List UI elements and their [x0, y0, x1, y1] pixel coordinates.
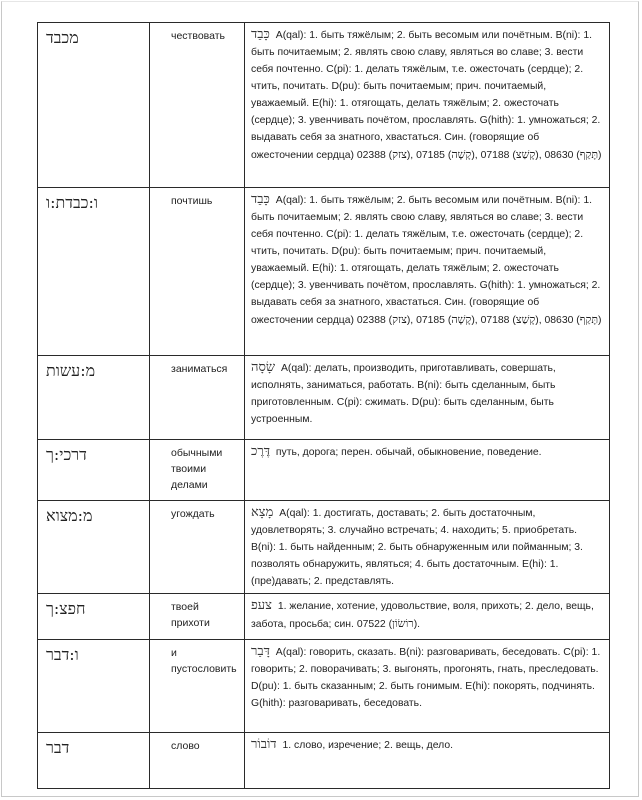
synonym-separator: ), [471, 315, 480, 326]
definition-cell: כָּבֵד A(qal): 1. быть тяжёлым; 2. быть … [245, 23, 610, 188]
definition-text: A(qal): 1. быть тяжёлым; 2. быть весомым… [251, 195, 600, 326]
definition: שָׂסָה A(qal): делать, производить, приг… [245, 356, 609, 431]
hebrew-word: ו:דבר [46, 646, 79, 664]
synonym-separator: ), [407, 150, 416, 161]
synonym-number: 07188 ( [481, 315, 516, 326]
synonym-hebrew: קָשָׁה [451, 313, 471, 326]
definition: דָּבַר A(qal): говорить, сказать. B(ni):… [245, 640, 609, 715]
hebrew-word-cell: ו:כבדת:ו [38, 188, 150, 356]
synonym-number: 07185 ( [416, 315, 451, 326]
definition-cell: דֶּרֶכ путь, дорога; перен. обычай, обык… [245, 440, 610, 501]
definition-cell: שָׂסָה A(qal): делать, производить, приг… [245, 356, 610, 440]
translation-cell: угождать [150, 501, 245, 594]
translation: и пустословить [150, 640, 244, 677]
definition: דֶּרֶכ путь, дорога; перен. обычай, обык… [245, 440, 609, 464]
translation: почтишь [150, 188, 244, 209]
synonym-number: 07522 ( [357, 619, 392, 630]
synonym-hebrew: קָשַׁצ [516, 313, 535, 326]
translation: слово [150, 733, 244, 754]
translation: заниматься [150, 356, 244, 377]
translation-cell: чествовать [150, 23, 245, 188]
lemma: שָׂסָה [251, 360, 275, 375]
definition-text: A(qal): 1. достигать, доставать; 2. быть… [251, 508, 583, 587]
lemma: צעפ [251, 598, 272, 613]
hebrew-word: דבר [46, 739, 69, 757]
lemma: דוֹבוֹר [251, 737, 277, 752]
synonym-hebrew: צזק [392, 148, 407, 161]
definition: מָצָא A(qal): 1. достигать, доставать; 2… [245, 501, 609, 593]
hebrew-word-cell: חפצ:ך [38, 594, 150, 640]
hebrew-word-cell: דרכי:ך [38, 440, 150, 501]
table-row: מ:מצוא угождать מָצָא A(qal): 1. достига… [38, 501, 610, 594]
definition: כָּבֵד A(qal): 1. быть тяжёлым; 2. быть … [245, 188, 609, 332]
definition-cell: מָצָא A(qal): 1. достигать, доставать; 2… [245, 501, 610, 594]
table-row: ו:כבדת:ו почтишь כָּבֵד A(qal): 1. быть … [38, 188, 610, 356]
definition-cell: דוֹבוֹר 1. слово, изречение; 2. вещь, де… [245, 733, 610, 789]
translation-cell: твоей прихоти [150, 594, 245, 640]
definition: צעפ 1. желание, хотение, удовольствие, в… [245, 594, 609, 636]
table-row: מ:עשות заниматься שָׂסָה A(qal): делать,… [38, 356, 610, 440]
translation-cell: слово [150, 733, 245, 789]
synonym-hebrew: קָשָׁה [451, 148, 471, 161]
hebrew-word-cell: ו:דבר [38, 640, 150, 733]
synonym-number: 07188 ( [481, 150, 516, 161]
synonym-separator: ) [598, 315, 601, 326]
synonym-separator: ), [535, 150, 544, 161]
hebrew-word: מ:עשות [46, 362, 95, 380]
definition-text: A(qal): 1. быть тяжёлым; 2. быть весомым… [251, 30, 600, 161]
translation: твоей прихоти [150, 594, 244, 631]
definition-text: 1. слово, изречение; 2. вещь, дело. [280, 740, 453, 751]
table-row: מכבד чествовать כָּבֵד A(qal): 1. быть т… [38, 23, 610, 188]
synonym-number: 02388 ( [357, 315, 392, 326]
synonym-number: 08630 ( [545, 150, 580, 161]
definition-text: 1. желание, хотение, удовольствие, воля,… [251, 601, 594, 630]
definition-cell: כָּבֵד A(qal): 1. быть тяжёлым; 2. быть … [245, 188, 610, 356]
definition-text: путь, дорога; перен. обычай, обыкновение… [273, 447, 542, 458]
translation: обычными твоими делами [150, 440, 244, 493]
translation: угождать [150, 501, 244, 522]
translation-cell: почтишь [150, 188, 245, 356]
translation-cell: заниматься [150, 356, 245, 440]
synonym-separator: ), [471, 150, 480, 161]
synonym-hebrew: רוֹשׂוֹן [392, 617, 414, 630]
table-row: דבר слово דוֹבוֹר 1. слово, изречение; 2… [38, 733, 610, 789]
definition-text: A(qal): говорить, сказать. B(ni): разгов… [251, 647, 600, 709]
lemma: כָּבֵד [251, 27, 270, 42]
synonyms: 02388 (צזק), 07185 (קָשָׁה), 07188 (קָשַ… [357, 315, 602, 326]
synonyms: 02388 (צזק), 07185 (קָשָׁה), 07188 (קָשַ… [357, 150, 602, 161]
hebrew-word-cell: מ:מצוא [38, 501, 150, 594]
table-row: דרכי:ך обычными твоими делами דֶּרֶכ пут… [38, 440, 610, 501]
synonym-hebrew: קָשַׁצ [516, 148, 535, 161]
synonym-number: 08630 ( [545, 315, 580, 326]
lemma: דֶּרֶכ [251, 444, 270, 459]
table-row: חפצ:ך твоей прихоти צעפ 1. желание, хоте… [38, 594, 610, 640]
synonym-hebrew: צזק [392, 313, 407, 326]
synonym-number: 07185 ( [416, 150, 451, 161]
synonym-separator: ), [407, 315, 416, 326]
translation-cell: обычными твоими делами [150, 440, 245, 501]
hebrew-word: חפצ:ך [46, 600, 85, 618]
definition-cell: דָּבַר A(qal): говорить, сказать. B(ni):… [245, 640, 610, 733]
lemma: דָּבַר [251, 644, 270, 659]
hebrew-word-cell: מ:עשות [38, 356, 150, 440]
hebrew-word: מכבד [46, 29, 79, 47]
table-row: ו:דבר и пустословить דָּבַר A(qal): гово… [38, 640, 610, 733]
hebrew-word-cell: דבר [38, 733, 150, 789]
synonym-hebrew: תָּקַף [580, 313, 598, 326]
definition: דוֹבוֹר 1. слово, изречение; 2. вещь, де… [245, 733, 609, 757]
synonym-number: 02388 ( [357, 150, 392, 161]
definition: כָּבֵד A(qal): 1. быть тяжёлым; 2. быть … [245, 23, 609, 167]
translation: чествовать [150, 23, 244, 44]
translation-cell: и пустословить [150, 640, 245, 733]
document-page: מכבד чествовать כָּבֵד A(qal): 1. быть т… [1, 1, 639, 797]
lexicon-table: מכבד чествовать כָּבֵד A(qal): 1. быть т… [37, 22, 610, 789]
hebrew-word: דרכי:ך [46, 446, 87, 464]
definition-cell: צעפ 1. желание, хотение, удовольствие, в… [245, 594, 610, 640]
hebrew-word: מ:מצוא [46, 507, 92, 525]
lemma: מָצָא [251, 505, 273, 520]
synonym-separator: ), [535, 315, 544, 326]
lemma: כָּבֵד [251, 192, 270, 207]
synonym-separator: ) [598, 150, 601, 161]
synonyms: 07522 (רוֹשׂוֹן). [357, 619, 420, 630]
hebrew-word-cell: מכבד [38, 23, 150, 188]
hebrew-word: ו:כבדת:ו [46, 194, 98, 212]
synonym-separator: ). [414, 619, 420, 630]
definition-text: A(qal): делать, производить, приготавлив… [251, 363, 556, 425]
synonym-hebrew: תָּקַף [580, 148, 598, 161]
